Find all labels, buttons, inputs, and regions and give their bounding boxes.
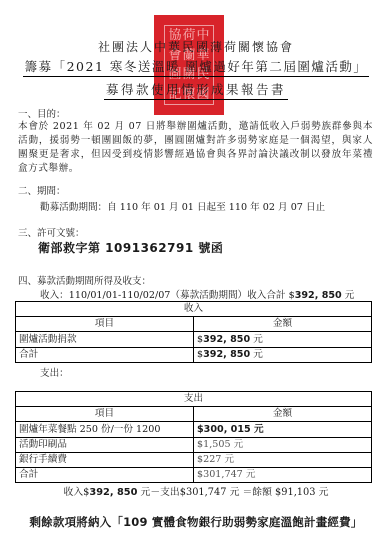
column-header-amount: 金額 xyxy=(194,407,372,422)
income-intro: 收入：110/01/01-110/02/07（募款活動期間）收入合計 $392,… xyxy=(40,287,354,301)
expense-amount: $227 元 xyxy=(194,452,372,467)
expense-item: 銀行手續費 xyxy=(16,452,194,467)
campaign-title: 籌募「2021 寒冬送溫暖 圍爐過好年第二屆圍爐活動」 xyxy=(0,57,392,77)
summary-income-label: 收入$ xyxy=(64,487,90,498)
expense-item: 活動印刷品 xyxy=(16,437,194,452)
section-finance-heading: 四、募款活動期間所得及收支： xyxy=(18,273,151,287)
table-header-row: 項目 金額 xyxy=(16,407,372,422)
section-permit-heading: 三、許可文號： xyxy=(18,225,85,239)
expense-amount: $300, 015 元 xyxy=(194,422,372,437)
income-table: 收入 項目 金額 圍爐活動捐款 $392, 850 元 合計 $392, 850… xyxy=(15,301,372,363)
table-title-row: 支出 xyxy=(16,392,372,407)
table-title-row: 收入 xyxy=(16,302,372,317)
campaign-title-text: 籌募「2021 寒冬送溫暖 圍爐過好年第二屆圍爐活動」 xyxy=(23,57,370,77)
amount-value: 392, 850 xyxy=(203,349,250,360)
expense-table: 支出 項目 金額 圍爐年菜餐點 250 份/一份 1200 $300, 015 … xyxy=(15,391,372,483)
expense-total-amount: $301,747 元 xyxy=(194,467,372,482)
table-row-total: 合計 $301,747 元 xyxy=(16,467,372,482)
column-header-item: 項目 xyxy=(16,317,194,332)
section-period-body: 勸募活動期間：自 110 年 01 月 01 日起至 110 年 02 月 07… xyxy=(40,199,325,213)
income-total-amount: $392, 850 元 xyxy=(194,347,372,362)
table-row: 圍爐年菜餐點 250 份/一份 1200 $300, 015 元 xyxy=(16,422,372,437)
section-period-heading: 二、期間： xyxy=(18,183,66,197)
report-title-text: 募得款使用情形成果報告書 xyxy=(104,80,288,100)
column-header-amount: 金額 xyxy=(194,317,372,332)
expense-amount: $1,505 元 xyxy=(194,437,372,452)
organization-name: 社團法人中華民國薄荷關懷協會 xyxy=(0,38,392,55)
column-header-item: 項目 xyxy=(16,407,194,422)
amount-unit: 元 xyxy=(250,334,263,345)
income-intro-text: 收入：110/01/01-110/02/07（募款活動期間）收入合計 $ xyxy=(40,290,295,301)
income-amount: $392, 850 元 xyxy=(194,332,372,347)
section-purpose-body: 本會於 2021 年 02 月 07 日將舉辦圍爐活動，邀請低收入戶弱勢族群參與… xyxy=(18,120,373,176)
expense-item: 圍爐年菜餐點 250 份/一份 1200 xyxy=(16,422,194,437)
summary-income-amount: 392, 850 xyxy=(89,487,137,498)
expense-total-label: 合計 xyxy=(16,467,194,482)
remaining-funds-note: 剩餘款項將納入「109 實體食物銀行助弱勢家庭溫飽計畫經費」 xyxy=(0,514,392,530)
table-row: 圍爐活動捐款 $392, 850 元 xyxy=(16,332,372,347)
permit-number: 衛部救字第 1091362791 號函 xyxy=(38,239,223,256)
expense-table-title: 支出 xyxy=(16,392,372,407)
income-item: 圍爐活動捐款 xyxy=(16,332,194,347)
income-intro-amount: 392, 850 xyxy=(295,290,342,301)
table-row-total: 合計 $392, 850 元 xyxy=(16,347,372,362)
income-total-label: 合計 xyxy=(16,347,194,362)
report-title: 募得款使用情形成果報告書 xyxy=(0,80,392,100)
income-table-title: 收入 xyxy=(16,302,372,317)
balance-summary: 收入$392, 850 元－支出$301,747 元 ＝餘額 $91,103 元 xyxy=(0,484,392,498)
income-intro-unit: 元 xyxy=(342,290,355,301)
table-row: 銀行手續費 $227 元 xyxy=(16,452,372,467)
amount-value: 392, 850 xyxy=(203,334,250,345)
summary-rest: 元－支出$301,747 元 ＝餘額 $91,103 元 xyxy=(137,487,328,498)
table-header-row: 項目 金額 xyxy=(16,317,372,332)
table-row: 活動印刷品 $1,505 元 xyxy=(16,437,372,452)
section-purpose-heading: 一、目的： xyxy=(18,106,66,120)
expense-label: 支出： xyxy=(40,365,69,379)
amount-unit: 元 xyxy=(250,349,263,360)
